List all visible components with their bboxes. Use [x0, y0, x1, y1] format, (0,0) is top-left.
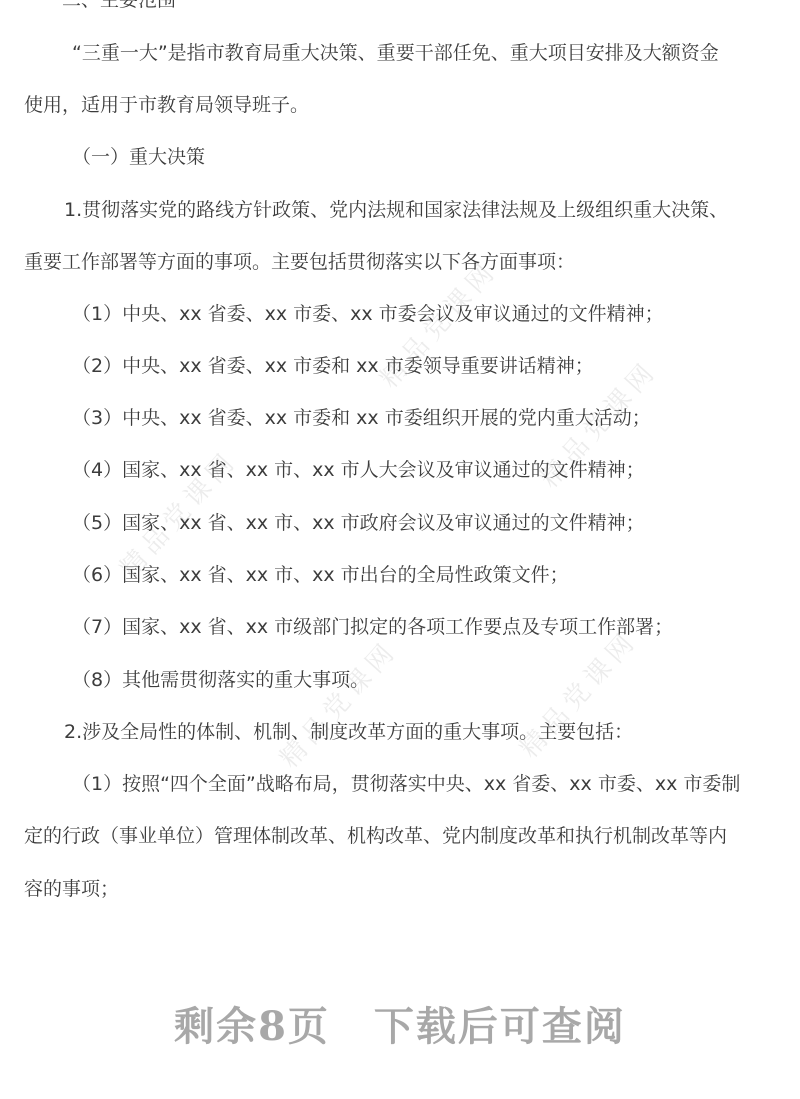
section-heading: 二、主要范围	[62, 0, 176, 12]
download-hint-label: 下载后可查阅	[374, 1003, 626, 1050]
list-item: （3）中央、xx 省委、xx 市委和 xx 市委组织开展的党内重大活动；	[72, 406, 651, 430]
list-item: （1）按照“四个全面”战略布局，贯彻落实中央、xx 省委、xx 市委、xx 市委…	[72, 772, 740, 796]
list-item: （6）国家、xx 省、xx 市、xx 市出台的全局性政策文件；	[72, 563, 569, 587]
remaining-pages-label: 剩余8页	[174, 1003, 330, 1050]
paragraph-line: “三重一大”是指市教育局重大决策、重要干部任免、重大项目安排及大额资金	[72, 41, 719, 65]
watermark-text: 精品党课网	[270, 631, 405, 775]
list-item: （8）其他需贯彻落实的重大事项。	[72, 668, 369, 692]
paragraph-line: 1.贯彻落实党的路线方针政策、党内法规和国家法律法规及上级组织重大决策、	[64, 198, 728, 222]
download-prompt-banner[interactable]: 剩余8页下载后可查阅	[0, 995, 800, 1052]
list-item: （5）国家、xx 省、xx 市、xx 市政府会议及审议通过的文件精神；	[72, 511, 645, 535]
list-item: （7）国家、xx 省、xx 市级部门拟定的各项工作要点及专项工作部署；	[72, 615, 673, 639]
paragraph-line: 容的事项；	[24, 877, 119, 901]
list-item: （2）中央、xx 省委、xx 市委和 xx 市委领导重要讲话精神；	[72, 354, 594, 378]
paragraph-line: 重要工作部署等方面的事项。主要包括贯彻落实以下各方面事项：	[24, 250, 575, 274]
list-item: （1）中央、xx 省委、xx 市委、xx 市委会议及审议通过的文件精神；	[72, 302, 664, 326]
paragraph-line: 2.涉及全局性的体制、机制、制度改革方面的重大事项。主要包括：	[64, 720, 633, 744]
paragraph-line: 定的行政（事业单位）管理体制改革、机构改革、党内制度改革和执行机制改革等内	[24, 824, 727, 848]
list-item: （4）国家、xx 省、xx 市、xx 市人大会议及审议通过的文件精神；	[72, 458, 645, 482]
paragraph-line: 使用，适用于市教育局领导班子。	[24, 93, 309, 117]
document-page: 精品党课网 精品党课网 精品党课网 精品党课网 精品党课网 二、主要范围 “三重…	[0, 0, 800, 1099]
subsection-heading: （一）重大决策	[72, 145, 205, 169]
